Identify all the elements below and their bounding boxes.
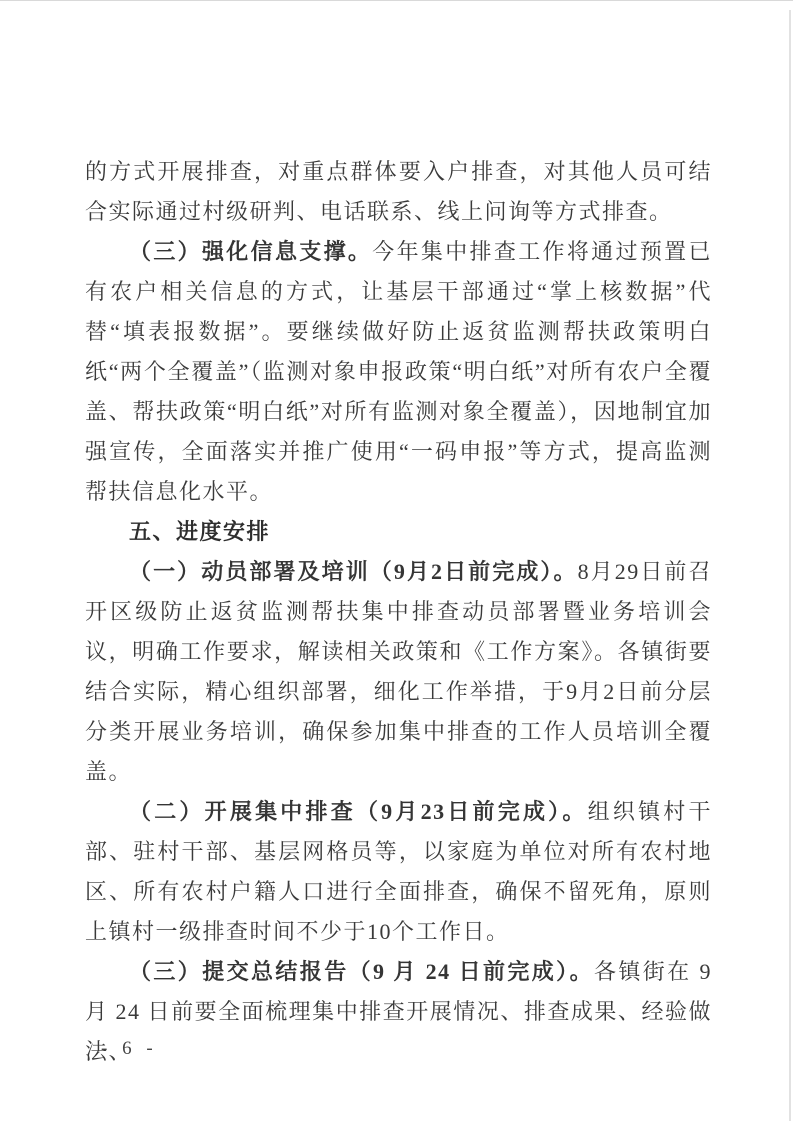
paragraph-mobilization-training: （一）动员部署及培训（9月2日前完成）。8月29日前召开区级防止返贫监测帮扶集中… — [85, 552, 712, 792]
page-number: - 6 - — [101, 1038, 158, 1060]
paragraph-mobilization-body: 8月29日前召开区级防止返贫监测帮扶集中排查动员部署暨业务培训会议，明确工作要求… — [85, 559, 712, 784]
paragraph-summary-report: （三）提交总结报告（9 月 24 日前完成）。各镇街在 9 月 24 日前要全面… — [85, 952, 712, 1072]
document-body: 的方式开展排查，对重点群体要入户排查，对其他人员可结合实际通过村级研判、电话联系… — [85, 152, 712, 1072]
section-heading-progress-plan: 五、进度安排 — [85, 512, 712, 552]
paragraph-mobilization-lead: （一）动员部署及培训（9月2日前完成）。 — [129, 559, 578, 584]
scan-right-edge-line — [789, 10, 791, 1121]
paragraph-continuation: 的方式开展排查，对重点群体要入户排查，对其他人员可结合实际通过村级研判、电话联系… — [85, 152, 712, 232]
paragraph-investigation-lead: （二）开展集中排查（9月23日前完成）。 — [129, 799, 588, 824]
paragraph-info-support: （三）强化信息支撑。今年集中排查工作将通过预置已有农户相关信息的方式，让基层干部… — [85, 232, 712, 512]
document-page: 的方式开展排查，对重点群体要入户排查，对其他人员可结合实际通过村级研判、电话联系… — [0, 0, 793, 1121]
scan-top-edge — [0, 0, 793, 1]
paragraph-report-lead: （三）提交总结报告（9 月 24 日前完成）。 — [129, 959, 594, 984]
paragraph-concentrated-investigation: （二）开展集中排查（9月23日前完成）。组织镇村干部、驻村干部、基层网格员等，以… — [85, 792, 712, 952]
paragraph-info-support-body: 今年集中排查工作将通过预置已有农户相关信息的方式，让基层干部通过“掌上核数据”代… — [85, 239, 712, 504]
paragraph-info-support-lead: （三）强化信息支撑。 — [129, 239, 372, 264]
